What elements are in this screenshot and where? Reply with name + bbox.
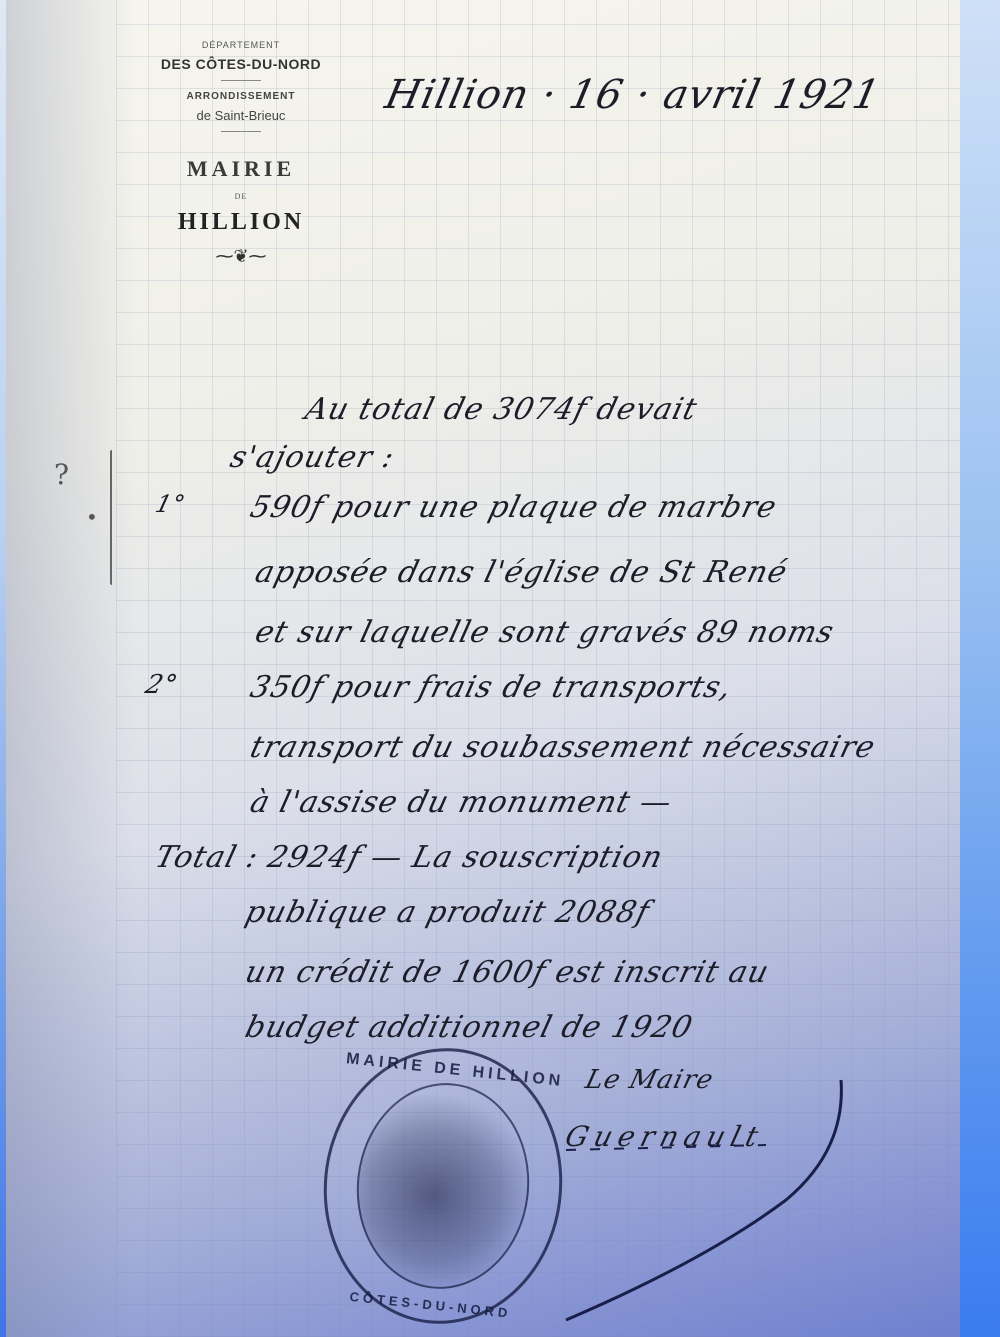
- stamp-emblem: [347, 1075, 540, 1298]
- document-page: DÉPARTEMENT DES CÔTES-DU-NORD ARRONDISSE…: [6, 0, 960, 1337]
- background-backdrop: [960, 0, 1000, 1337]
